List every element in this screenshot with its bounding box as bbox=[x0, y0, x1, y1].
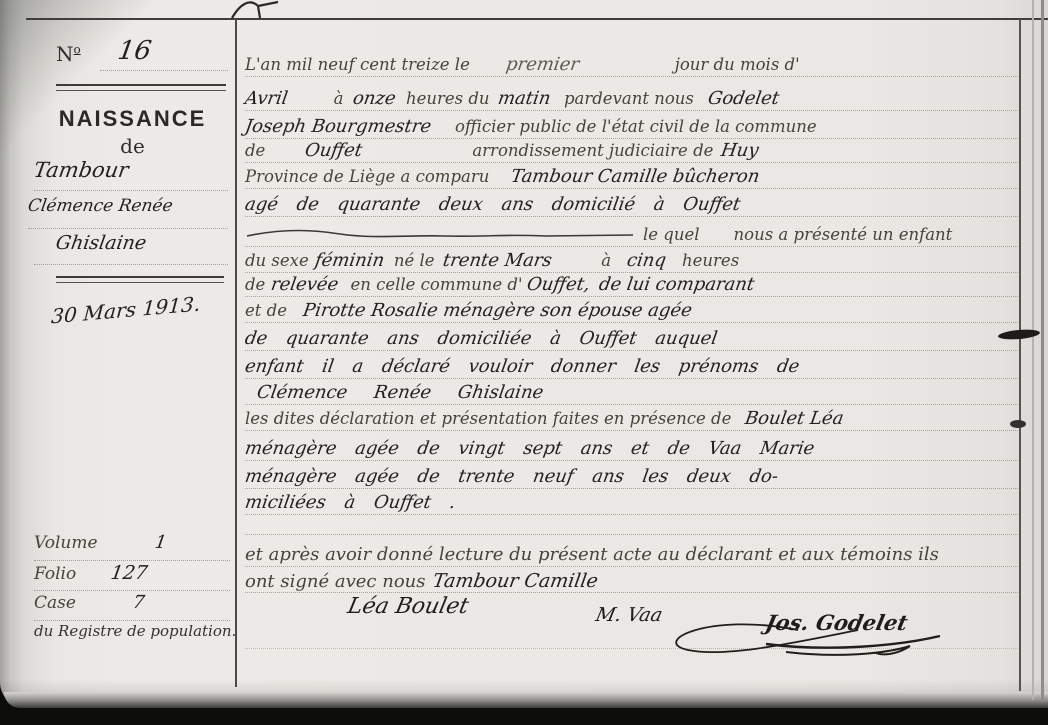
handwritten-text: agé de quarante deux ans domicilié à Ouf… bbox=[243, 190, 743, 220]
act-type-heading: NAISSANCE bbox=[30, 106, 235, 132]
printed-form-text: de bbox=[245, 275, 265, 294]
number-underline bbox=[100, 44, 228, 71]
volume-value: 1 bbox=[153, 532, 168, 553]
printed-form-text: en celle commune d' bbox=[350, 275, 522, 294]
printed-form-text: de bbox=[245, 141, 265, 160]
act-line: et après avoir donné lecture du présent … bbox=[245, 540, 1018, 567]
page-bottom-edge bbox=[4, 692, 1048, 708]
printed-form-text: et de bbox=[245, 301, 287, 320]
act-line: Province de Liège a comparuTambour Camil… bbox=[245, 162, 1018, 189]
folio-label: Folio bbox=[34, 564, 76, 584]
act-number-label: No bbox=[56, 42, 81, 66]
pen-mark-top bbox=[226, 0, 296, 20]
handwritten-text: Tambour Camille bbox=[431, 566, 601, 596]
handwritten-text: onze bbox=[351, 84, 398, 114]
volume-label: Volume bbox=[34, 533, 98, 553]
margin-name-line: Tambour bbox=[32, 158, 130, 182]
margin-double-rule bbox=[56, 84, 226, 91]
handwritten-text: de quarante ans domiciliée à Ouffet auqu… bbox=[243, 324, 720, 354]
handwritten-text: Boulet Léa bbox=[743, 404, 846, 434]
margin-double-rule bbox=[56, 276, 224, 283]
printed-form-text: nous a présenté un enfant bbox=[734, 225, 953, 244]
page-edge-line bbox=[1041, 0, 1044, 702]
act-line: derelevéeen celle commune d'Ouffet,de lu… bbox=[245, 270, 1018, 297]
top-rule bbox=[26, 18, 1048, 20]
handwritten-text: matin bbox=[495, 84, 552, 114]
register-footer: du Registre de population. bbox=[34, 622, 236, 640]
printed-form-text: L'an mil neuf cent treize le bbox=[245, 55, 470, 74]
printed-form-text: né le bbox=[394, 251, 435, 270]
handwritten-text: Pirotte Rosalie ménagère son épouse agée bbox=[301, 296, 695, 326]
right-border-rule bbox=[1019, 19, 1021, 691]
printed-form-text: ont signé avec nous bbox=[245, 571, 425, 592]
pen-stroke-filler bbox=[245, 220, 635, 234]
act-line: deOuffetarrondissement judiciaire deHuy bbox=[245, 136, 1018, 163]
act-line: et dePirotte Rosalie ménagère son épouse… bbox=[245, 296, 1018, 323]
margin-name-line: Clémence Renée bbox=[26, 196, 174, 216]
witness-signature: Léa Boulet bbox=[345, 594, 471, 619]
handwritten-text: Avril bbox=[243, 84, 290, 114]
act-line: Clémence Renée Ghislaine bbox=[245, 378, 1018, 405]
act-type-sub: de bbox=[30, 134, 235, 158]
printed-form-text: pardevant nous bbox=[564, 89, 694, 108]
printed-form-text: jour du mois d' bbox=[675, 55, 800, 74]
case-label: Case bbox=[34, 593, 76, 613]
act-line: Avrilàonzeheures dumatinpardevant nousGo… bbox=[245, 84, 1018, 111]
act-line: ménagère agée de trente neuf ans les deu… bbox=[245, 462, 1018, 489]
handwritten-text: Godelet bbox=[706, 84, 782, 114]
printed-form-text: Province de Liège a comparu bbox=[245, 167, 489, 186]
handwritten-text: premier bbox=[503, 50, 581, 80]
act-line: ont signé avec nousTambour Camille bbox=[245, 566, 1018, 593]
page-edge-line bbox=[1032, 0, 1034, 700]
printed-form-text: officier public de l'état civil de la co… bbox=[455, 117, 817, 136]
printed-form-text: et après avoir donné lecture du présent … bbox=[245, 544, 939, 565]
act-line: miciliées à Ouffet . bbox=[245, 488, 1018, 515]
act-line: agé de quarante deux ans domicilié à Ouf… bbox=[245, 190, 1018, 217]
printed-form-text: heures du bbox=[406, 89, 490, 108]
handwritten-text: Tambour Camille bûcheron bbox=[509, 162, 762, 192]
scanned-register-page: No 16 NAISSANCE de Tambour Clémence René… bbox=[0, 0, 1048, 725]
act-line: enfant il a déclaré vouloir donner les p… bbox=[245, 352, 1018, 379]
act-line: L'an mil neuf cent treize lepremierjour … bbox=[245, 50, 1018, 77]
officer-signature-block: Jos. Godelet bbox=[648, 596, 988, 668]
act-line: de quarante ans domiciliée à Ouffet auqu… bbox=[245, 324, 1018, 351]
act-line: les dites déclaration et présentation fa… bbox=[245, 404, 1018, 431]
printed-form-text: les dites déclaration et présentation fa… bbox=[245, 409, 731, 428]
printed-form-text: le quel bbox=[643, 225, 700, 244]
act-line bbox=[245, 522, 1018, 535]
case-value: 7 bbox=[131, 592, 146, 613]
number-superscript: o bbox=[74, 42, 81, 56]
act-line: le quelnous a présenté un enfant bbox=[245, 220, 1018, 247]
printed-form-text: à bbox=[334, 89, 344, 108]
printed-form-text: du sexe bbox=[245, 251, 309, 270]
officer-signature: Jos. Godelet bbox=[763, 610, 910, 635]
folio-value: 127 bbox=[110, 562, 150, 584]
printed-form-text: arrondissement judiciaire de bbox=[472, 141, 713, 160]
printed-form-text: heures bbox=[682, 251, 739, 270]
printed-form-text: à bbox=[601, 251, 611, 270]
handwritten-text: ménagère agée de vingt sept ans et de Va… bbox=[243, 434, 817, 464]
act-line: ménagère agée de vingt sept ans et de Va… bbox=[245, 434, 1018, 461]
act-line: Joseph Bourgmestreofficier public de l'é… bbox=[245, 112, 1018, 139]
handwritten-text: miciliées à Ouffet . bbox=[243, 488, 458, 518]
margin-divider-rule bbox=[235, 19, 237, 687]
act-line: du sexefémininné letrente Marsàcinqheure… bbox=[245, 246, 1018, 273]
margin-name-line: Ghislaine bbox=[54, 232, 148, 254]
